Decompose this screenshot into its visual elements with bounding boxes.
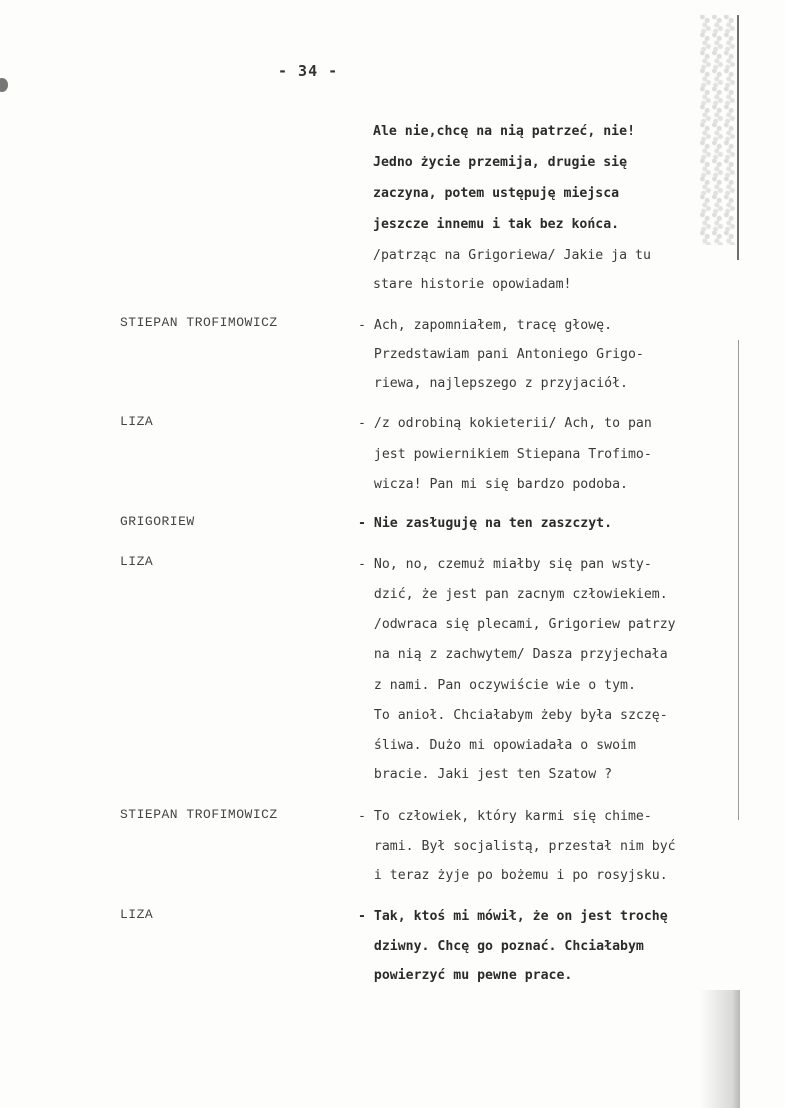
dialog-line: jest powiernikiem Stiepana Trofimo- [358, 447, 652, 463]
dialog-line: wicza! Pan mi się bardzo podoba. [358, 477, 628, 493]
speaker-name: LIZA [120, 554, 153, 569]
dialog-line: - No, no, czemuż miałby się pan wsty- [358, 557, 652, 573]
dialog-line: - Nie zasługuję na ten zaszczyt. [358, 516, 612, 532]
dialog-line: dziwny. Chcę go poznać. Chciałabym [358, 939, 644, 955]
dialog-line: - Ach, zapomniałem, tracę głowę. [358, 318, 612, 334]
speaker-name: GRIGORIEW [120, 514, 195, 529]
dialog-line: Przedstawiam pani Antoniego Grigo- [358, 347, 644, 363]
dialog-line: rami. Był socjalistą, przestał nim być [358, 839, 676, 855]
dialog-line: - Tak, ktoś mi mówił, że on jest trochę [358, 909, 668, 925]
dialog-line: bracie. Jaki jest ten Szatow ? [358, 767, 612, 783]
typewritten-page: - 34 - Ale nie,chcę na nią patrzeć, nie!… [0, 0, 785, 1108]
scan-edge-line [737, 15, 739, 260]
dialog-line: - To człowiek, który karmi się chime- [358, 809, 652, 825]
stage-direction-line: na nią z zachwytem/ Dasza przyjechała [358, 647, 668, 663]
speaker-name: LIZA [120, 907, 153, 922]
dialog-line: - /z odrobiną kokieterii/ Ach, to pan [358, 416, 652, 432]
scan-edge-line-thin [738, 340, 739, 820]
dialog-line: dzić, że jest pan zacnym człowiekiem. [358, 587, 668, 603]
dialog-line: powierzyć mu pewne prace. [358, 968, 572, 984]
punch-hole-mark [0, 78, 8, 92]
speaker-name: LIZA [120, 414, 153, 429]
scan-edge-noise [700, 15, 736, 245]
dialog-line: Jedno życie przemija, drugie się [373, 155, 627, 171]
scan-corner-smudge [700, 990, 740, 1108]
dialog-line: Ale nie,chcę na nią patrzeć, nie! [373, 124, 635, 140]
dialog-line: zaczyna, potem ustępuję miejsca [373, 186, 619, 202]
dialog-line: jeszcze innemu i tak bez końca. [373, 217, 619, 233]
stage-direction-line: /odwraca się plecami, Grigoriew patrzy [358, 617, 676, 633]
speaker-name: STIEPAN TROFIMOWICZ [120, 315, 278, 330]
dialog-line: i teraz żyje po bożemu i po rosyjsku. [358, 868, 668, 884]
stage-direction-line: /patrząc na Grigoriewa/ Jakie ja tu [373, 248, 651, 264]
page-number: - 34 - [278, 62, 338, 80]
dialog-line: stare historie opowiadam! [373, 277, 572, 293]
dialog-line: riewa, najlepszego z przyjaciół. [358, 376, 628, 392]
dialog-line: śliwa. Dużo mi opowiadała o swoim [358, 738, 636, 754]
dialog-line: z nami. Pan oczywiście wie o tym. [358, 678, 636, 694]
dialog-line: To anioł. Chciałabym żeby była szczę- [358, 708, 668, 724]
speaker-name: STIEPAN TROFIMOWICZ [120, 807, 278, 822]
